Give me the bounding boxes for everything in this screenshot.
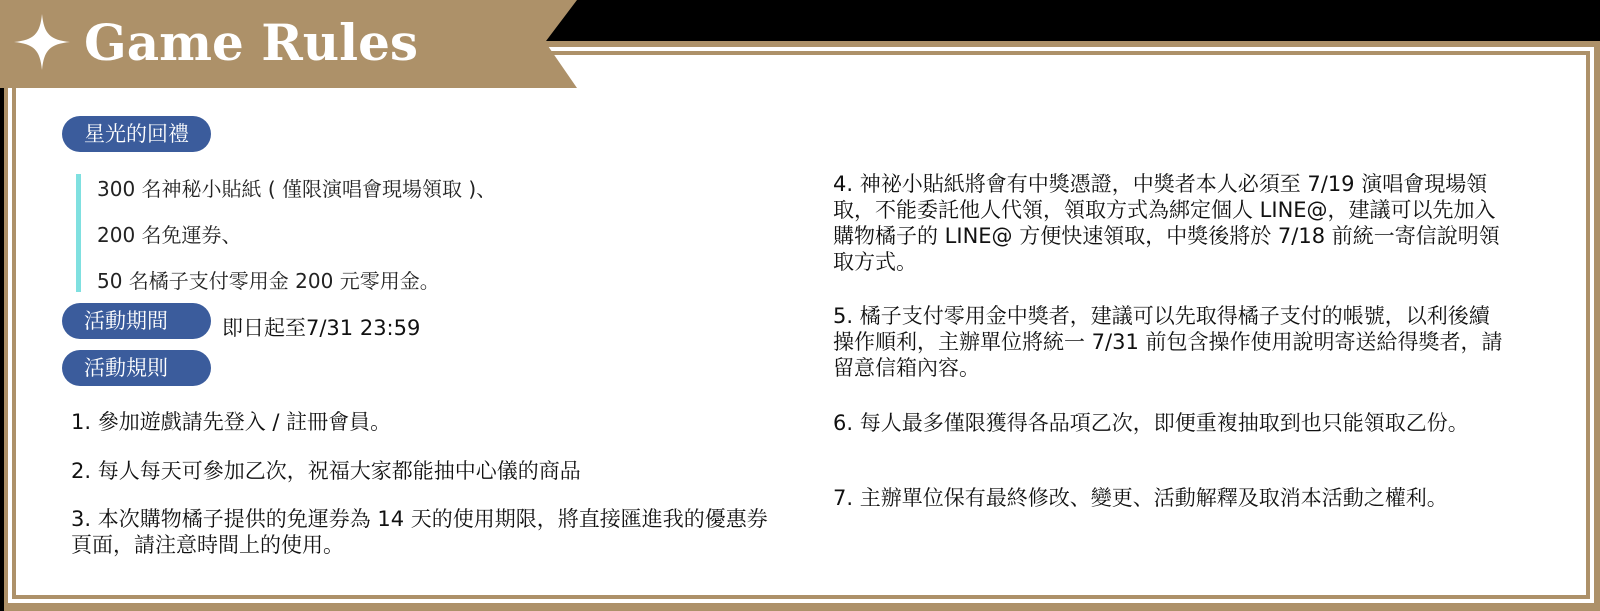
rule-item: 7. 主辦單位保有最終修改、變更、活動解釋及取消本活動之權利。 [833,485,1553,511]
prizes-section-label: 星光的回禮 [62,116,211,152]
rule-item: 1. 參加遊戲請先登入 / 註冊會員。 [71,409,771,435]
left-edge [0,41,4,611]
rule-item: 4. 神祕小貼紙將會有中獎憑證，中獎者本人必須至 7/19 演唱會現場領取，不能… [833,171,1508,275]
rules-section-label: 活動規則 [62,350,211,386]
rule-item: 6. 每人最多僅限獲得各品項乙次，即便重複抽取到也只能領取乙份。 [833,410,1508,436]
rule-item: 3. 本次購物橘子提供的免運券為 14 天的使用期限，將直接匯進我的優惠券頁面，… [71,506,771,558]
rule-item: 2. 每人每天可參加乙次，祝福大家都能抽中心儀的商品 [71,458,771,484]
rule-item: 5. 橘子支付零用金中獎者，建議可以先取得橘子支付的帳號，以利後續操作順利，主辦… [833,303,1508,381]
sparkle-star-icon [14,14,70,70]
prize-item: 200 名免運券、 [97,220,496,266]
period-section-label: 活動期間 [62,303,211,339]
prize-list: 300 名神秘小貼紙 ( 僅限演唱會現場領取 )、 200 名免運券、 50 名… [76,174,496,292]
prize-item: 300 名神秘小貼紙 ( 僅限演唱會現場領取 )、 [97,174,496,220]
page-title: Game Rules [84,6,418,80]
period-value: 即日起至7/31 23:59 [222,313,420,343]
